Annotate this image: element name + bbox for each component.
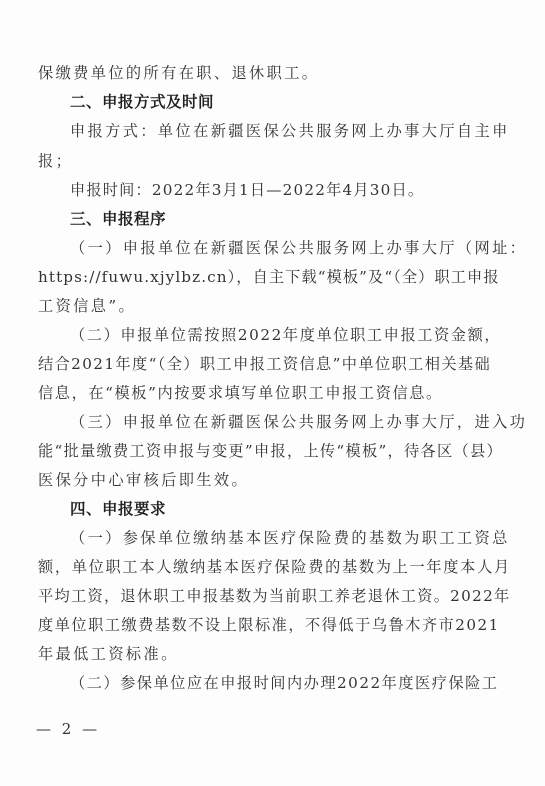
- body-text-line: 工资信息”。: [38, 296, 463, 316]
- body-text-line: （一）参保单位缴纳基本医疗保险费的基数为职工工资总: [70, 528, 495, 548]
- body-text-line: 保缴费单位的所有在职、退休职工。: [38, 63, 463, 83]
- section-heading-2: 二、申报方式及时间: [70, 92, 495, 112]
- page-number: — 2 —: [36, 720, 100, 738]
- body-text-line: 医保分中心审核后即生效。: [38, 470, 463, 490]
- body-text-line: 申报时间：2022年3月1日—2022年4月30日。: [70, 180, 495, 200]
- body-text-line: （二）申报单位需按照2022年度单位职工申报工资金额，: [70, 325, 495, 345]
- body-text-line: 申报方式：单位在新疆医保公共服务网上办事大厅自主申: [70, 121, 495, 141]
- section-heading-4: 四、申报要求: [70, 499, 495, 519]
- body-text-line: 度单位职工缴费基数不设上限标准，不得低于乌鲁木齐市2021: [38, 615, 463, 635]
- section-heading-3: 三、申报程序: [70, 209, 495, 229]
- body-text-line: 额，单位职工本人缴纳基本医疗保险费的基数为上一年度本人月: [38, 557, 463, 577]
- body-text-line: （一）申报单位在新疆医保公共服务网上办事大厅（网址：: [70, 238, 495, 258]
- body-text-line: 结合2021年度“（全）职工申报工资信息”中单位职工相关基础: [38, 354, 463, 374]
- body-text-line: 年最低工资标准。: [38, 644, 463, 664]
- body-text-line: （二）参保单位应在申报时间内办理2022年度医疗保险工: [70, 673, 495, 693]
- body-text-line: 能“批量缴费工资申报与变更”申报，上传“模板”，待各区（县）: [38, 441, 463, 461]
- document-page: 保缴费单位的所有在职、退休职工。 二、申报方式及时间 申报方式：单位在新疆医保公…: [0, 0, 545, 786]
- body-text-line: （三）申报单位在新疆医保公共服务网上办事大厅，进入功: [70, 412, 495, 432]
- body-text-line: 平均工资，退休职工申报基数为当前职工养老退休工资。2022年: [38, 586, 463, 606]
- body-text-line: 报；: [38, 151, 463, 171]
- body-text-line: 信息，在“模板”内按要求填写单位职工申报工资信息。: [38, 383, 463, 403]
- body-text-line-with-url: https://fuwu.xjylbz.cn），自主下载“模板”及“（全）职工申…: [38, 267, 463, 287]
